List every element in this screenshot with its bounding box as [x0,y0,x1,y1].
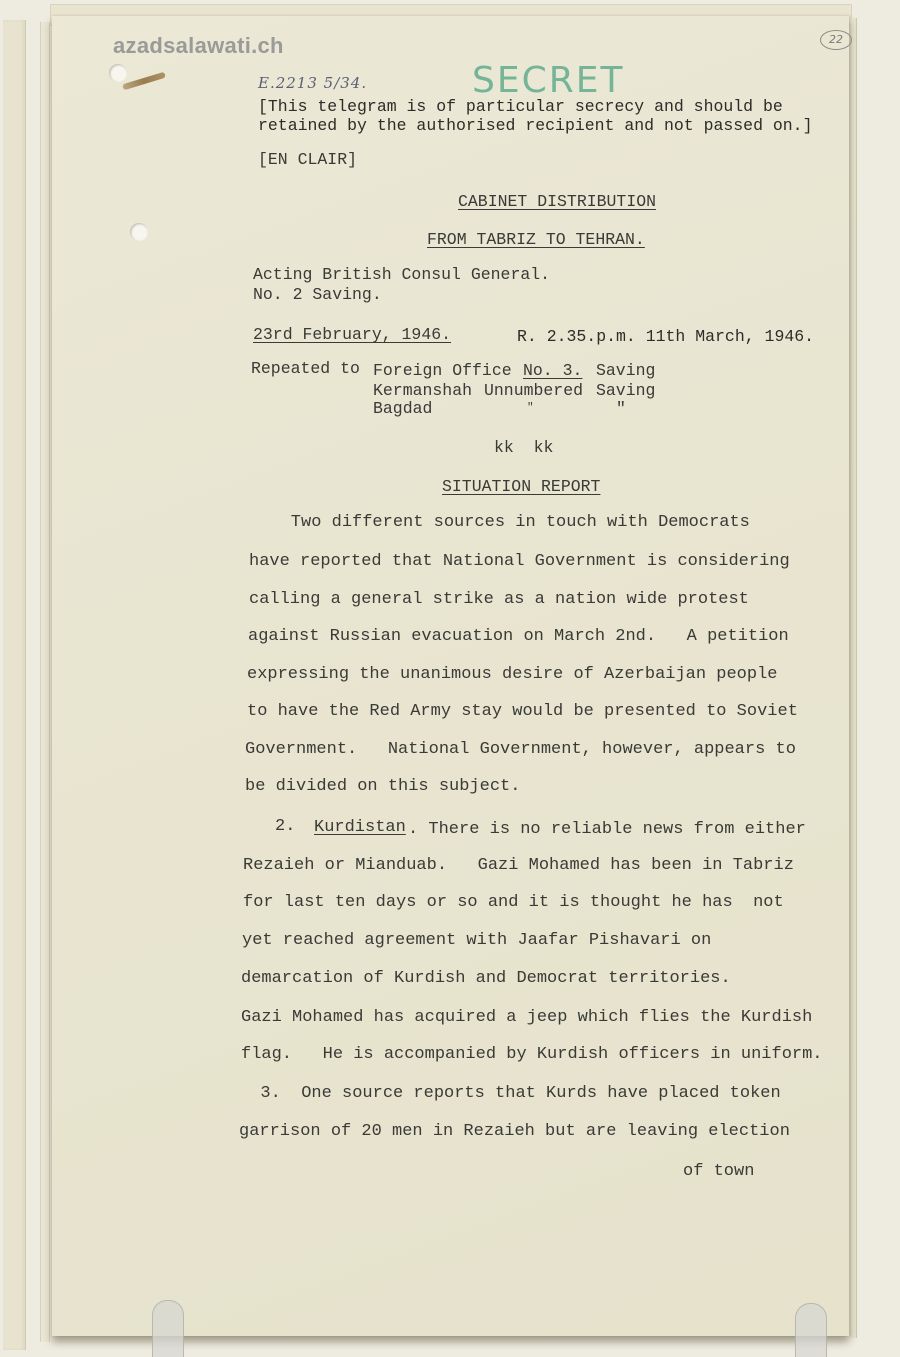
telegram-number: No. 2 Saving. [253,285,382,304]
catchword: of town [683,1162,754,1181]
section-heading-kurdistan: Kurdistan [314,818,406,837]
watermark: azadsalawati.ch [113,33,284,59]
repeated-type-1: Saving [596,361,655,380]
report-line: Gazi Mohamed has acquired a jeep which f… [241,1008,812,1027]
sender-line: Acting British Consul General. [253,265,550,284]
report-line: Rezaieh or Mianduab. Gazi Mohamed has be… [243,856,794,875]
report-line: for last ten days or so and it is though… [243,893,784,912]
route-heading: FROM TABRIZ TO TEHRAN. [427,230,645,249]
secrecy-notice-line-1: [This telegram is of particular secrecy … [258,97,783,116]
underlying-sheet-edge [40,22,50,1342]
en-clair-label: [EN CLAIR] [258,150,357,169]
ditto-mark-1: " [527,399,534,418]
repeated-dest-2: Kermanshah [373,381,472,400]
report-line: be divided on this subject. [245,777,520,796]
distribution-heading: CABINET DISTRIBUTION [458,192,656,211]
report-line: to have the Red Army stay would be prese… [247,702,798,721]
ditto-mark-2: " [616,399,626,418]
situation-report-title: SITUATION REPORT [442,477,600,496]
report-line: demarcation of Kurdish and Democrat terr… [241,969,731,988]
report-line: flag. He is accompanied by Kurdish offic… [241,1045,823,1064]
underlying-sheet-left [3,20,26,1350]
page-number-circled: 22 [820,30,852,50]
repeated-dest-1: Foreign Office [373,361,512,380]
report-line: have reported that National Government i… [249,552,790,571]
report-line: calling a general strike as a nation wid… [249,590,749,609]
secrecy-notice-line-2: retained by the authorised recipient and… [258,116,813,135]
secret-stamp: SECRET [472,60,624,101]
underlying-sheet-right [850,18,857,1338]
binder-clip-left [152,1300,184,1357]
repeated-num-1: No. 3. [523,361,582,380]
punch-hole-middle [130,223,148,241]
repeated-num-2: Unnumbered [484,381,583,400]
punch-hole-top [109,64,127,82]
report-line: garrison of 20 men in Rezaieh but are le… [239,1122,790,1141]
binder-clip-right [795,1303,827,1357]
repeated-type-2: Saving [596,381,655,400]
repeated-dest-3: Bagdad [373,399,432,418]
date-sent: 23rd February, 1946. [253,325,451,344]
report-line: expressing the unanimous desire of Azerb… [247,665,778,684]
section-number: 2. [275,817,295,836]
handwritten-reference: E.2213 5/34. [258,74,367,92]
report-line: . There is no reliable news from either [408,820,806,839]
date-received: R. 2.35.p.m. 11th March, 1946. [517,327,814,346]
report-line: 3. One source reports that Kurds have pl… [240,1084,781,1103]
separator-marks: kk kk [494,438,553,457]
report-line: Two different sources in touch with Demo… [250,513,750,532]
repeated-prefix: Repeated to [251,359,360,378]
report-line: against Russian evacuation on March 2nd.… [248,627,789,646]
report-line: Government. National Government, however… [245,740,796,759]
report-line: yet reached agreement with Jaafar Pishav… [242,931,711,950]
